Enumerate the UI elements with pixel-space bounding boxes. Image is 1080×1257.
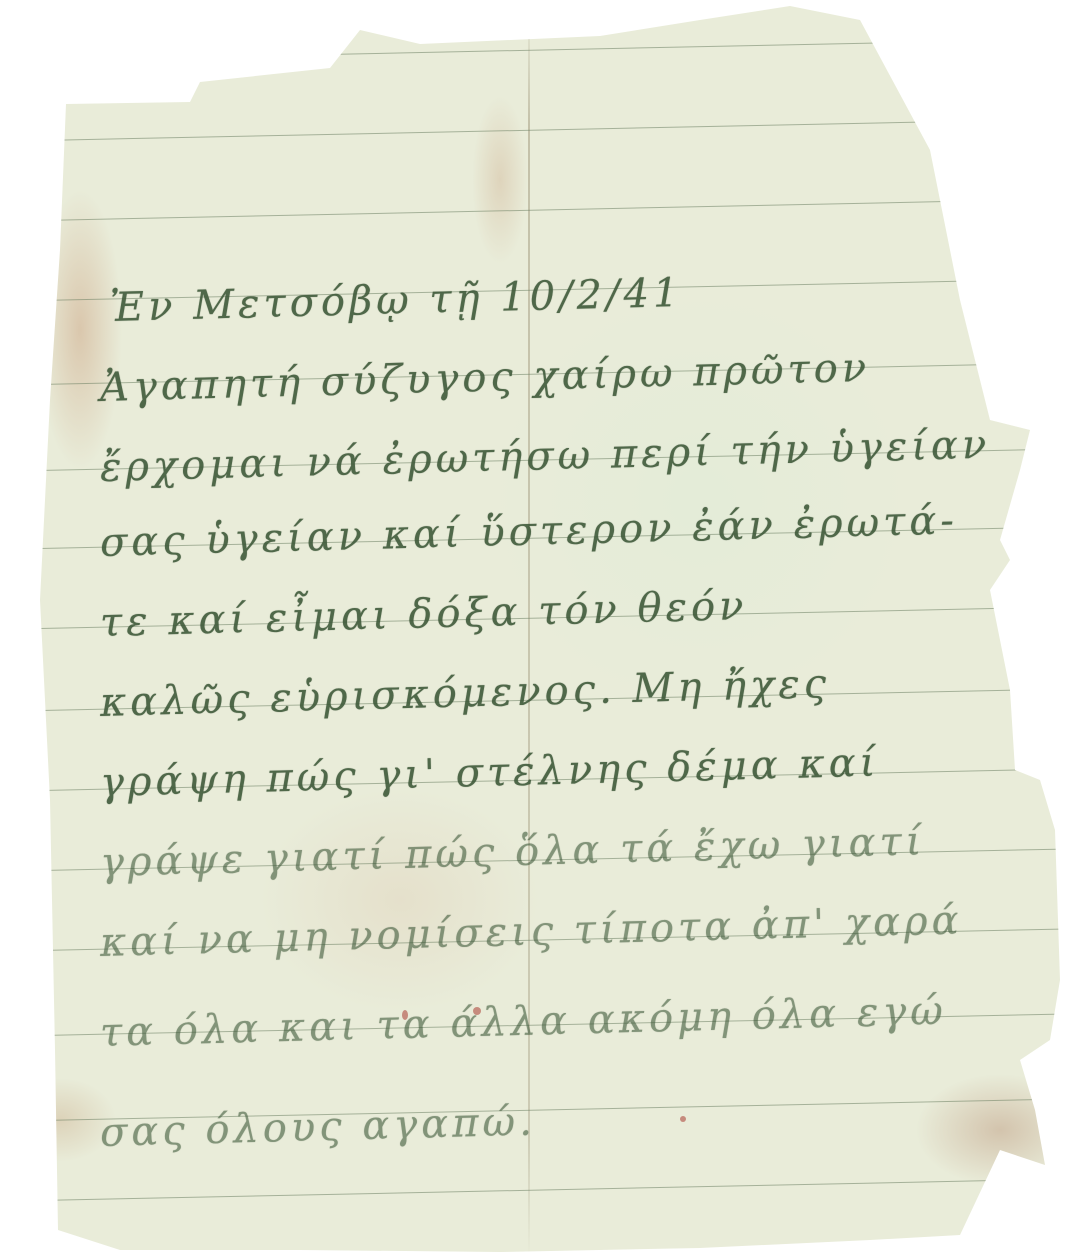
letter-paper: Ἐν Μετσόβῳ τῇ 10/2/41 Ἀγαπητή σύζυγος χα… <box>0 0 1080 1257</box>
letter-line: γράψε γιατί πώς ὅλα τά ἔχω γιατί <box>99 818 926 886</box>
letter-dateline: Ἐν Μετσόβῳ τῇ 10/2/41 <box>109 270 683 331</box>
letter-line: τε καί εἶμαι δόξα τόν θεόν <box>99 583 748 646</box>
letter-line: γράψη πώς γι' στέλνης δέμα καί <box>99 740 880 806</box>
ruled-line <box>40 39 1060 61</box>
letter-line: τα όλα και τα άλλα ακόμη όλα εγώ <box>99 988 947 1056</box>
letter-closing: σας όλους αγαπώ. <box>99 1099 536 1156</box>
letter-line: καλῶς εὑρισκόμενος. Μη ἤχες <box>99 661 830 726</box>
ruled-line <box>40 199 1060 221</box>
letter-line: ἔρχομαι νά ἐρωτήσω περί τήν ὑγείαν <box>99 422 990 491</box>
letter-line: Ἀγαπητή σύζυγος χαίρω πρῶτον <box>99 345 870 411</box>
ruled-line <box>40 1179 1060 1201</box>
ink-stain <box>680 1116 686 1122</box>
ruled-line <box>40 119 1060 141</box>
letter-line: καί να μη νομίσεις τίποτα ἀπ' χαρά <box>99 897 963 966</box>
